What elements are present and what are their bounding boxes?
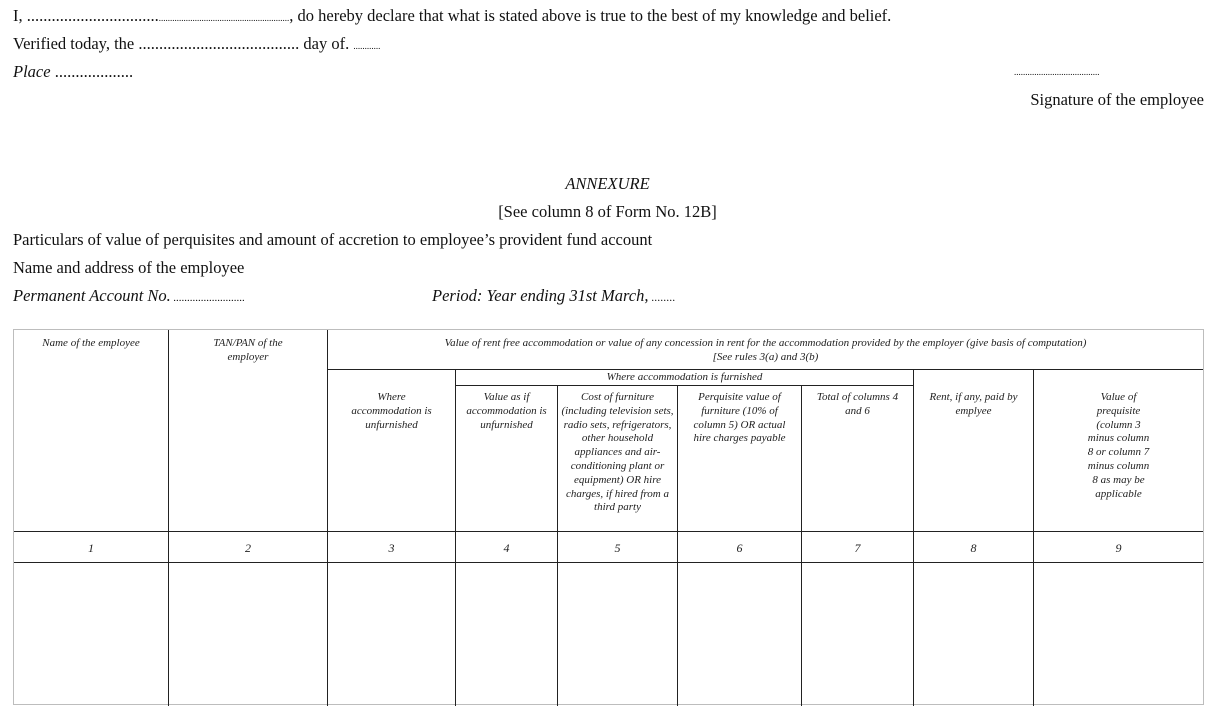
period-label: Period: Year ending 31st March, [432,286,648,305]
verification-mid: day of. [299,34,353,53]
pan-blank: .......................... [171,292,245,304]
header-name-of-employee: Name of the employee [14,337,168,351]
day-blank: ....................................... [138,34,299,53]
column-number: 2 [169,541,327,555]
divider [327,369,1203,370]
header-col5: Cost of furniture (including television … [558,391,677,515]
name-address-label: Name and address of the employee [13,258,244,278]
header-rules-ref: [See rules 3(a) and 3(b) [332,351,1199,365]
verification-line: Verified today, the ....................… [13,34,380,56]
declaration-line: I, .....................................… [13,6,891,28]
perquisites-table: Name of the employee TAN/PAN of the empl… [13,329,1204,705]
pan-label: Permanent Account No. [13,286,171,305]
signature-blank: ...................................... [1014,62,1100,82]
header-col3: Where accommodation is unfurnished [328,391,455,432]
annexure-title: ANNEXURE [0,174,1215,194]
header-tan-pan: TAN/PAN of the employer [169,337,327,365]
header-rent-free-text: Value of rent free accommodation or valu… [332,337,1199,351]
annexure-subtitle: [See column 8 of Form No. 12B] [0,202,1215,222]
signature-label: Signature of the employee [1030,90,1204,110]
column-number: 4 [456,541,557,555]
table-data-row [14,563,1203,704]
column-number: 5 [558,541,677,555]
column-number: 6 [678,541,801,555]
header-rent-free-value: Value of rent free accommodation or valu… [328,337,1203,365]
place-label: Place [13,62,51,81]
period-line: Period: Year ending 31st March, ........ [432,286,675,307]
place-line: Place ................... [13,62,133,82]
name-blank-small: ........................................… [159,13,290,23]
divider [455,385,913,386]
name-blank: ................................ [27,6,159,25]
place-blank: ................... [51,62,134,81]
verification-prefix: Verified today, the [13,34,138,53]
header-col9: Value of prequisite (column 3 minus colu… [1034,391,1203,501]
column-number: 1 [14,541,168,555]
pan-line: Permanent Account No. ..................… [13,286,245,308]
month-blank: ............ [353,41,380,51]
header-col6: Perquisite value of furniture (10% of co… [678,391,801,446]
header-col4: Value as if accommodation is unfurnished [456,391,557,432]
divider [14,531,1203,532]
column-number: 7 [802,541,913,555]
column-number: 9 [1034,541,1203,555]
period-blank: ........ [648,290,675,304]
header-col7: Total of columns 4 and 6 [802,391,913,419]
column-number: 8 [914,541,1033,555]
declaration-text: , do hereby declare that what is stated … [289,6,891,25]
header-col8: Rent, if any, paid by emplyee [914,391,1033,419]
header-furnished-group: Where accommodation is furnished [456,371,913,385]
particulars-heading: Particulars of value of perquisites and … [13,230,652,250]
declaration-prefix: I, [13,6,27,25]
column-number: 3 [328,541,455,555]
